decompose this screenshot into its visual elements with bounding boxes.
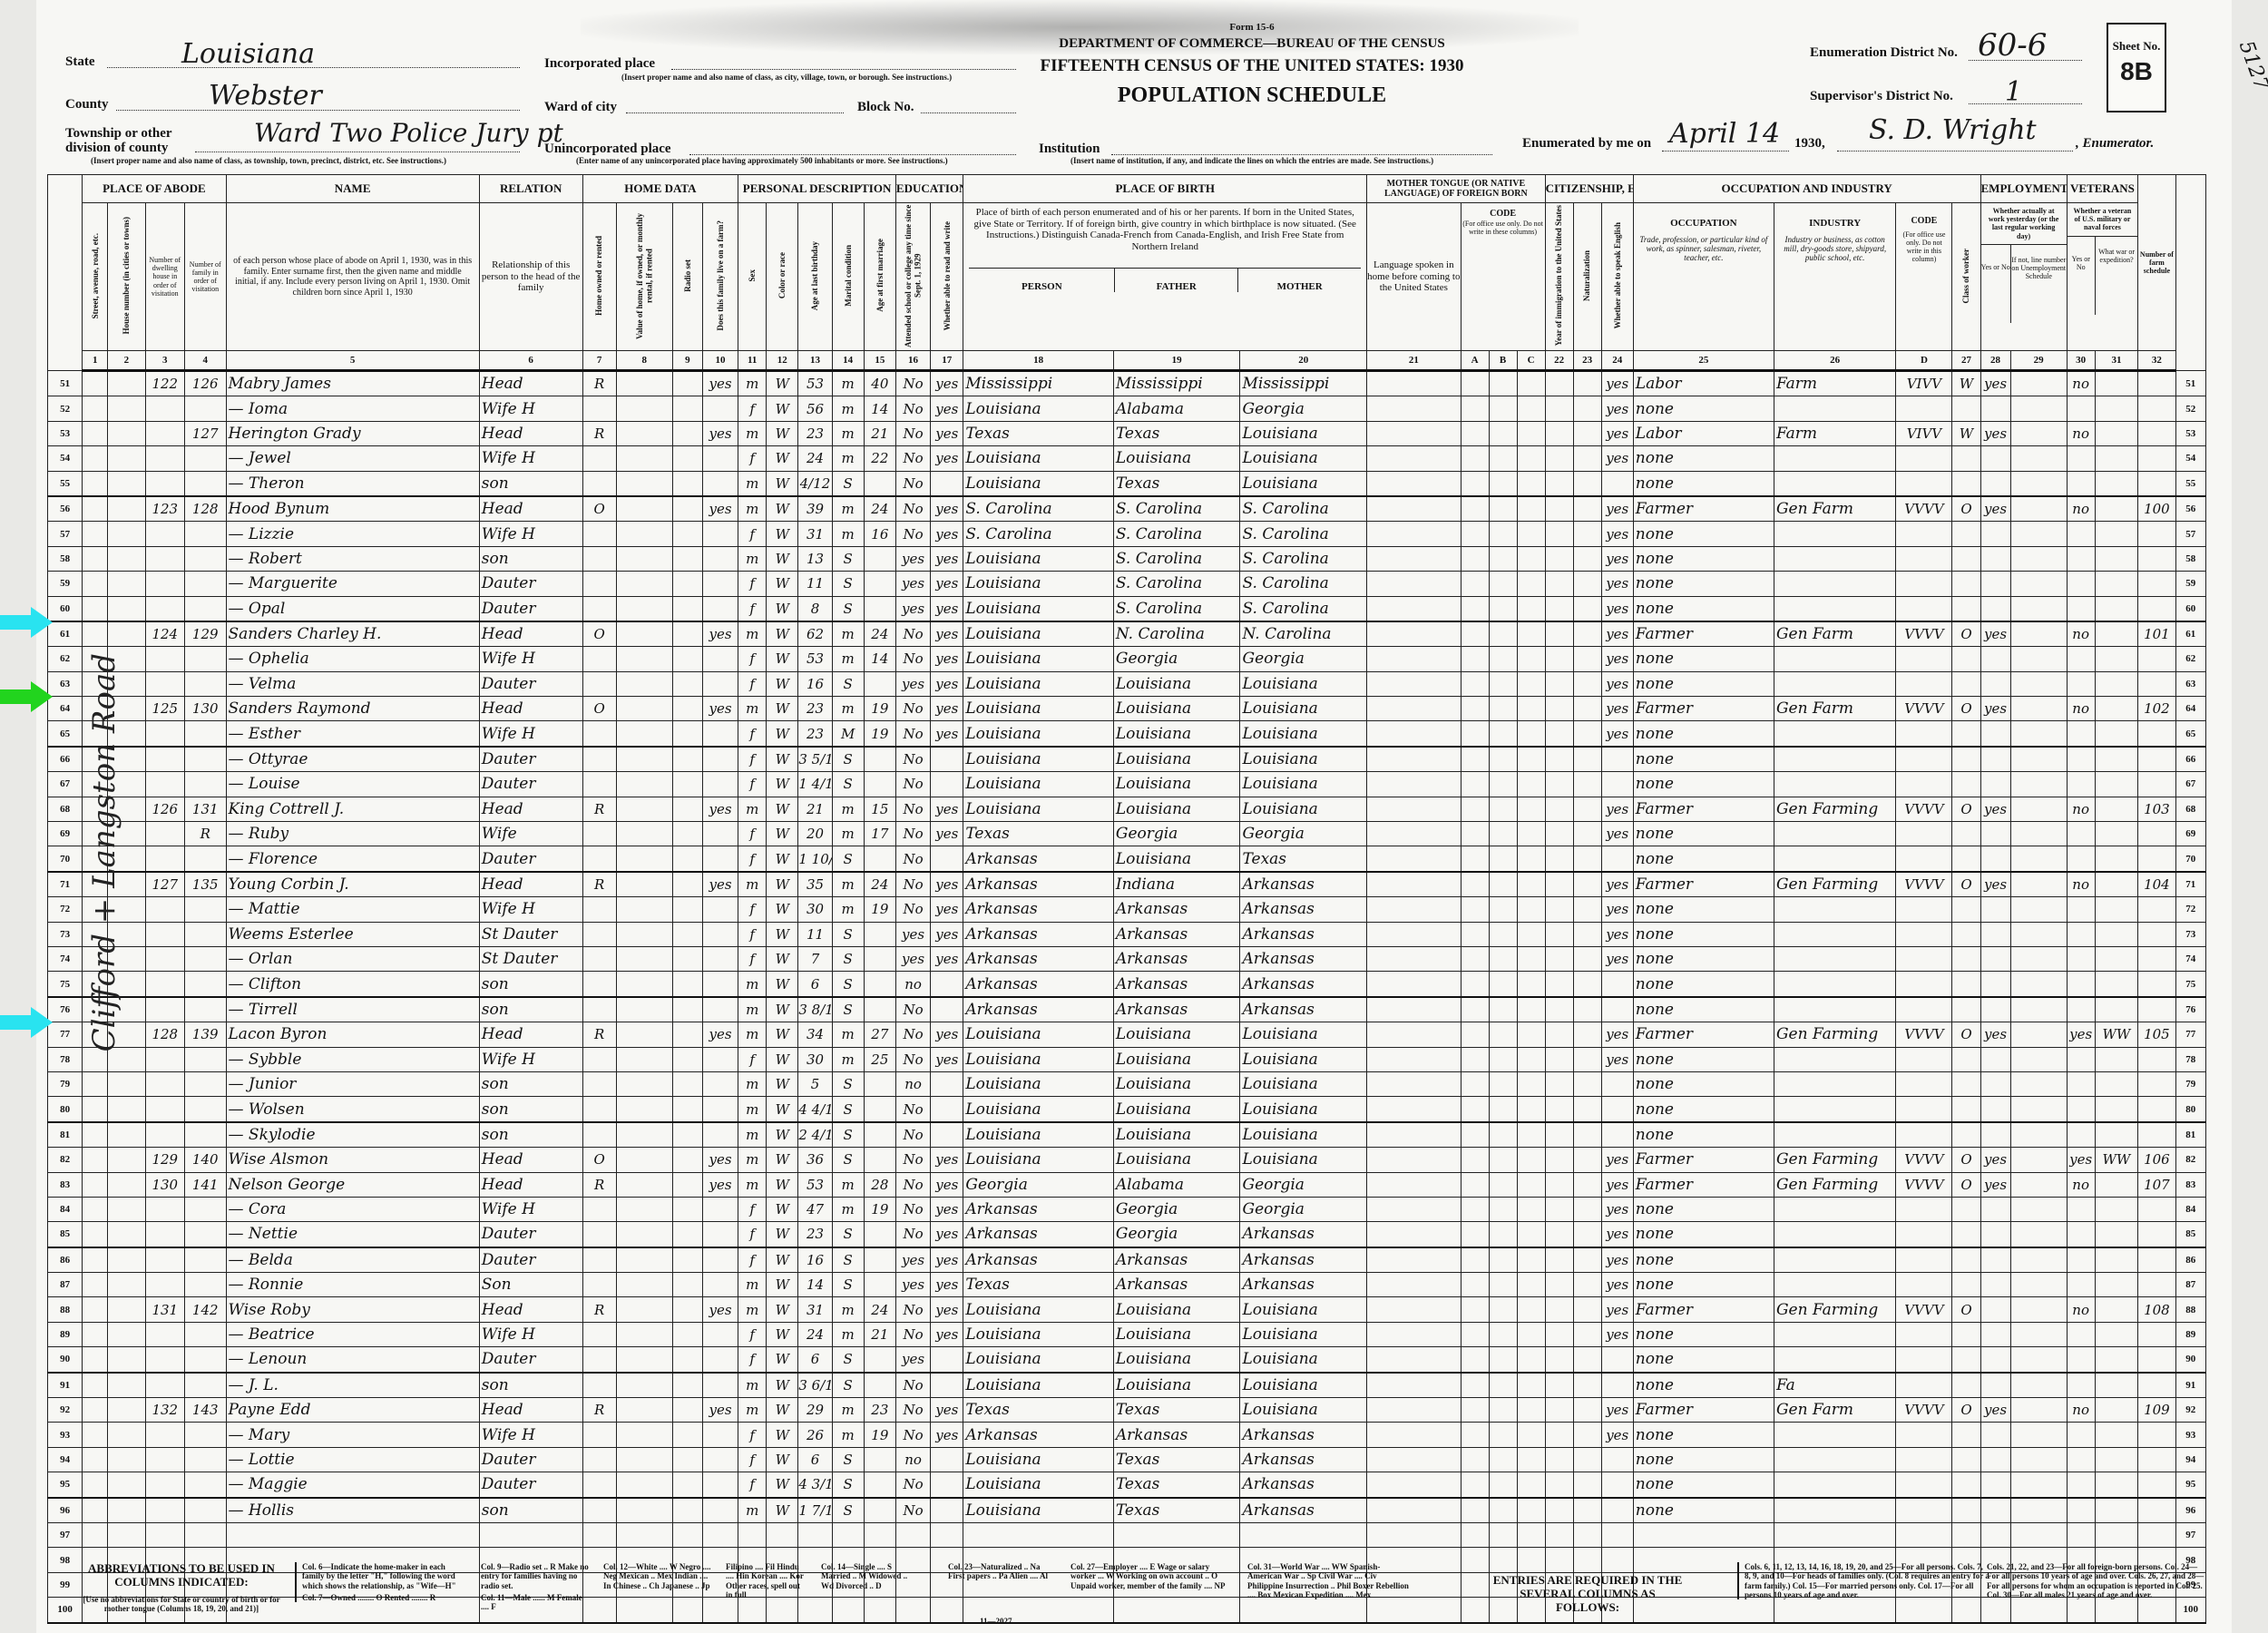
cell-read: yes bbox=[931, 671, 963, 696]
cell-natur bbox=[1573, 1297, 1601, 1322]
cell-immig bbox=[1545, 1398, 1573, 1423]
col-radio: Radio set bbox=[672, 203, 702, 351]
cell-A bbox=[1461, 1172, 1489, 1197]
cell-C bbox=[1517, 1347, 1545, 1373]
cell-school: No bbox=[895, 1373, 930, 1398]
cell-speak bbox=[1601, 1447, 1633, 1472]
cell-relation: Head bbox=[479, 1297, 582, 1322]
cell-family bbox=[184, 596, 226, 621]
line-number: 92 bbox=[48, 1398, 83, 1423]
cell-age: 8 bbox=[798, 596, 832, 621]
cell-speak: yes bbox=[1601, 797, 1633, 821]
cell-age-marr: 17 bbox=[864, 822, 895, 846]
cell-mother bbox=[1240, 1598, 1367, 1623]
cell-immig bbox=[1545, 1347, 1573, 1373]
cell-school: No bbox=[895, 522, 930, 546]
cell-mother: Texas bbox=[1240, 846, 1367, 872]
col-unemployment-line: If not, line number on Unemployment Sche… bbox=[2010, 245, 2067, 323]
cell-B bbox=[1489, 1222, 1517, 1247]
cell-school: yes bbox=[895, 671, 930, 696]
cell-house bbox=[108, 471, 145, 496]
cell-dwelling bbox=[145, 1472, 184, 1498]
cell-race: W bbox=[767, 772, 798, 797]
cell-cls: O bbox=[1952, 797, 1980, 821]
cell-age: 20 bbox=[798, 822, 832, 846]
cell-B bbox=[1489, 1472, 1517, 1498]
cell-unemp bbox=[2010, 572, 2067, 596]
cell-war bbox=[2095, 946, 2138, 971]
cell-race: W bbox=[767, 997, 798, 1022]
cell-speak: yes bbox=[1601, 1247, 1633, 1273]
cell-mother: Arkansas bbox=[1240, 1498, 1367, 1523]
cell-school bbox=[895, 1598, 930, 1623]
cell-lang bbox=[1367, 1373, 1461, 1398]
cell-age: 23 bbox=[798, 721, 832, 747]
cell-cls bbox=[1952, 1347, 1980, 1373]
cell-vet bbox=[2067, 1247, 2095, 1273]
cell-radio bbox=[672, 1172, 702, 1197]
cell-sex: f bbox=[738, 446, 767, 471]
cell-house bbox=[108, 1197, 145, 1221]
cell-relation: son bbox=[479, 1122, 582, 1148]
cell-natur bbox=[1573, 922, 1601, 946]
cell-name: — Tirrell bbox=[226, 997, 479, 1022]
cell-house bbox=[108, 1398, 145, 1423]
cell-radio bbox=[672, 1398, 702, 1423]
cell-emp bbox=[1980, 572, 2010, 596]
cell-dwelling bbox=[145, 471, 184, 496]
cell-B bbox=[1489, 1097, 1517, 1122]
col-speak-english: Whether able to speak English bbox=[1601, 203, 1633, 351]
cell-farm bbox=[702, 1522, 738, 1547]
cell-school: yes bbox=[895, 596, 930, 621]
table-row: 92132143Payne EddHeadRyesmW29m23NoyesTex… bbox=[48, 1398, 2206, 1423]
line-number-right: 72 bbox=[2175, 897, 2205, 922]
cell-natur bbox=[1573, 1347, 1601, 1373]
cell-relation: son bbox=[479, 972, 582, 997]
cell-vet bbox=[2067, 1322, 2095, 1346]
cell-value bbox=[616, 872, 672, 897]
cell-immig bbox=[1545, 1322, 1573, 1346]
cell-farm: yes bbox=[702, 621, 738, 647]
cell-age: 3 6/12 bbox=[798, 1373, 832, 1398]
cell-farm-sched bbox=[2138, 1447, 2175, 1472]
cell-race: W bbox=[767, 1022, 798, 1047]
cell-A bbox=[1461, 1522, 1489, 1547]
cell-farm-sched bbox=[2138, 1071, 2175, 1096]
cell-sex: f bbox=[738, 671, 767, 696]
col-birth-father: FATHER bbox=[1114, 269, 1237, 293]
cell-read: yes bbox=[931, 421, 963, 445]
cell-B bbox=[1489, 1071, 1517, 1096]
line-number: 96 bbox=[48, 1498, 83, 1523]
cell-age: 53 bbox=[798, 1172, 832, 1197]
cell-occupation: none bbox=[1633, 596, 1774, 621]
cell-A bbox=[1461, 972, 1489, 997]
cell-name: — Jewel bbox=[226, 446, 479, 471]
cell-war bbox=[2095, 697, 2138, 721]
cell-farm bbox=[702, 471, 738, 496]
cell-house bbox=[108, 371, 145, 396]
cell-C bbox=[1517, 1398, 1545, 1423]
cell-occupation: none bbox=[1633, 1347, 1774, 1373]
cell-age bbox=[798, 1522, 832, 1547]
cell-race: W bbox=[767, 1498, 798, 1523]
cell-natur bbox=[1573, 1097, 1601, 1122]
cell-house bbox=[108, 572, 145, 596]
cell-dwelling bbox=[145, 421, 184, 445]
cell-war bbox=[2095, 1122, 2138, 1148]
cell-street bbox=[83, 396, 108, 421]
cell-lang bbox=[1367, 546, 1461, 571]
cell-farm bbox=[702, 647, 738, 671]
table-row: 70— FlorenceDauterfW1 10/12SNoArkansasLo… bbox=[48, 846, 2206, 872]
cell-family bbox=[184, 1522, 226, 1547]
cell-school: No bbox=[895, 997, 930, 1022]
col27-note: Col. 27—Employer .... E Wage or salary w… bbox=[1070, 1562, 1234, 1590]
cell-natur bbox=[1573, 846, 1601, 872]
cell-relation: Dauter bbox=[479, 1247, 582, 1273]
cell-emp: yes bbox=[1980, 872, 2010, 897]
cell-family: 126 bbox=[184, 371, 226, 396]
cell-A bbox=[1461, 1247, 1489, 1273]
cell-farm-sched bbox=[2138, 1222, 2175, 1247]
cell-radio bbox=[672, 396, 702, 421]
cell-marital: m bbox=[832, 822, 864, 846]
col-family: Number of family in order of visitation bbox=[184, 203, 226, 351]
cell-age: 31 bbox=[798, 522, 832, 546]
cell-industry bbox=[1774, 946, 1895, 971]
cell-lang bbox=[1367, 671, 1461, 696]
cell-farm bbox=[702, 946, 738, 971]
township-note: (Insert proper name and also name of cla… bbox=[91, 156, 446, 165]
cell-mother: Arkansas bbox=[1240, 1423, 1367, 1447]
cell-name: Young Corbin J. bbox=[226, 872, 479, 897]
cell-name: — Ophelia bbox=[226, 647, 479, 671]
cell-A bbox=[1461, 1548, 1489, 1572]
cell-cls bbox=[1952, 396, 1980, 421]
cell-C bbox=[1517, 1022, 1545, 1047]
cell-dwelling: 128 bbox=[145, 1022, 184, 1047]
cell-mother: Georgia bbox=[1240, 1197, 1367, 1221]
cell-A bbox=[1461, 621, 1489, 647]
cell-mother: S. Carolina bbox=[1240, 522, 1367, 546]
birth-note: Place of birth of each person enumerated… bbox=[969, 207, 1361, 253]
cell-owned bbox=[582, 396, 616, 421]
township-label: Township or other division of county bbox=[65, 127, 201, 156]
cell-age-marr: 28 bbox=[864, 1172, 895, 1197]
cell-cls bbox=[1952, 1097, 1980, 1122]
cell-marital: S bbox=[832, 596, 864, 621]
cell-owned bbox=[582, 822, 616, 846]
cell-dwelling bbox=[145, 446, 184, 471]
col-class-worker: Class of worker bbox=[1952, 203, 1980, 351]
line-number-right: 71 bbox=[2175, 872, 2205, 897]
cell-immig bbox=[1545, 1022, 1573, 1047]
cell-cls bbox=[1952, 972, 1980, 997]
cell-read: yes bbox=[931, 496, 963, 522]
cell-race: W bbox=[767, 922, 798, 946]
cell-immig bbox=[1545, 1172, 1573, 1197]
cell-occupation: none bbox=[1633, 446, 1774, 471]
cell-vet: no bbox=[2067, 797, 2095, 821]
cell-value bbox=[616, 446, 672, 471]
cell-C bbox=[1517, 1172, 1545, 1197]
line-number: 67 bbox=[48, 772, 83, 797]
cell-sex: m bbox=[738, 697, 767, 721]
cell-radio bbox=[672, 897, 702, 922]
cell-code bbox=[1896, 1373, 1952, 1398]
col-age-label: Age at last birthday bbox=[810, 241, 819, 310]
cell-lang bbox=[1367, 721, 1461, 747]
cell-radio bbox=[672, 922, 702, 946]
column-number: 27 bbox=[1952, 351, 1980, 371]
table-row: 53127Herington GradyHeadRyesmW23m21Noyes… bbox=[48, 421, 2206, 445]
cell-mother: Louisiana bbox=[1240, 1373, 1367, 1398]
cell-owned bbox=[582, 1071, 616, 1096]
table-row: 62— OpheliaWife HfW53m14NoyesLouisianaGe… bbox=[48, 647, 2206, 671]
cell-industry bbox=[1774, 1247, 1895, 1273]
cell-vet: no bbox=[2067, 371, 2095, 396]
cell-unemp bbox=[2010, 1097, 2067, 1122]
cell-farm bbox=[702, 572, 738, 596]
cell-code bbox=[1896, 1322, 1952, 1346]
cell-B bbox=[1489, 697, 1517, 721]
cell-cls bbox=[1952, 1373, 1980, 1398]
cell-age: 16 bbox=[798, 1247, 832, 1273]
cell-cls bbox=[1952, 946, 1980, 971]
cell-farm-sched bbox=[2138, 946, 2175, 971]
cell-immig bbox=[1545, 647, 1573, 671]
cell-unemp bbox=[2010, 546, 2067, 571]
cell-mother: Louisiana bbox=[1240, 421, 1367, 445]
cell-C bbox=[1517, 647, 1545, 671]
cell-emp bbox=[1980, 1071, 2010, 1096]
cell-unemp bbox=[2010, 1247, 2067, 1273]
cell-name: — J. L. bbox=[226, 1373, 479, 1398]
cell-radio bbox=[672, 1148, 702, 1172]
line-number-right: 70 bbox=[2175, 846, 2205, 872]
cell-war bbox=[2095, 496, 2138, 522]
cell-dwelling bbox=[145, 897, 184, 922]
table-row: 52— IomaWife HfW56m14NoyesLouisianaAlaba… bbox=[48, 396, 2206, 421]
cell-name: Lacon Byron bbox=[226, 1022, 479, 1047]
cell-relation: Head bbox=[479, 872, 582, 897]
cell-race: W bbox=[767, 647, 798, 671]
cell-war bbox=[2095, 1447, 2138, 1472]
cell-speak bbox=[1601, 471, 1633, 496]
line-number: 55 bbox=[48, 471, 83, 496]
cell-value bbox=[616, 721, 672, 747]
cell-birth: Texas bbox=[963, 1273, 1113, 1297]
col9-text: Col. 9—Radio set .. R Make no entry for … bbox=[481, 1562, 590, 1590]
cell-relation: Dauter bbox=[479, 596, 582, 621]
cell-vet bbox=[2067, 846, 2095, 872]
cell-street bbox=[83, 496, 108, 522]
cell-unemp bbox=[2010, 446, 2067, 471]
ward-label: Ward of city bbox=[544, 100, 617, 115]
cell-birth bbox=[963, 1522, 1113, 1547]
cell-unemp bbox=[2010, 1373, 2067, 1398]
cell-age: 34 bbox=[798, 1022, 832, 1047]
cell-age: 56 bbox=[798, 396, 832, 421]
cell-name: Hood Bynum bbox=[226, 496, 479, 522]
sheet-label: Sheet No. bbox=[2108, 39, 2165, 54]
cell-war bbox=[2095, 1197, 2138, 1221]
cell-war bbox=[2095, 1047, 2138, 1071]
abbreviations-block: ABBREVIATIONS TO BE USED IN COLUMNS INDI… bbox=[73, 1562, 290, 1614]
cell-B bbox=[1489, 546, 1517, 571]
cell-emp: yes bbox=[1980, 1172, 2010, 1197]
cell-read: yes bbox=[931, 1322, 963, 1346]
enum-district-label: Enumeration District No. bbox=[1810, 45, 1958, 61]
cell-school: No bbox=[895, 1423, 930, 1447]
table-row: 83130141Nelson GeorgeHeadRyesmW53m28Noye… bbox=[48, 1172, 2206, 1197]
cell-mother: Louisiana bbox=[1240, 797, 1367, 821]
line-number: 71 bbox=[48, 872, 83, 897]
table-row: 54— JewelWife HfW24m22NoyesLouisianaLoui… bbox=[48, 446, 2206, 471]
cell-age: 6 bbox=[798, 972, 832, 997]
cell-value bbox=[616, 1047, 672, 1071]
cell-B bbox=[1489, 1548, 1517, 1572]
cell-A bbox=[1461, 1498, 1489, 1523]
cell-birth: Arkansas bbox=[963, 897, 1113, 922]
cell-cls: O bbox=[1952, 697, 1980, 721]
cell-sex: f bbox=[738, 846, 767, 872]
col-naturalization: Naturalization bbox=[1573, 203, 1601, 351]
cell-value bbox=[616, 371, 672, 396]
cell-farm-sched bbox=[2138, 572, 2175, 596]
cell-B bbox=[1489, 596, 1517, 621]
cell-family bbox=[184, 772, 226, 797]
cell-lang bbox=[1367, 396, 1461, 421]
cell-house bbox=[108, 1097, 145, 1122]
cell-mother: Arkansas bbox=[1240, 1222, 1367, 1247]
cell-race: W bbox=[767, 1148, 798, 1172]
cell-race: W bbox=[767, 1097, 798, 1122]
cell-street bbox=[83, 1122, 108, 1148]
cell-emp bbox=[1980, 846, 2010, 872]
cell-marital: S bbox=[832, 1273, 864, 1297]
cell-vet bbox=[2067, 1222, 2095, 1247]
cell-farm-sched bbox=[2138, 371, 2175, 396]
cell-war bbox=[2095, 721, 2138, 747]
cell-street bbox=[83, 1498, 108, 1523]
cell-father: S. Carolina bbox=[1113, 572, 1240, 596]
cell-unemp bbox=[2010, 421, 2067, 445]
col-employment: Whether actually at work yesterday (or t… bbox=[1980, 203, 2067, 351]
cell-farm-sched bbox=[2138, 522, 2175, 546]
cell-lang bbox=[1367, 1222, 1461, 1247]
cell-code: VVVV bbox=[1896, 1398, 1952, 1423]
cell-school: No bbox=[895, 897, 930, 922]
line-number-header bbox=[48, 175, 83, 371]
cell-owned: R bbox=[582, 1022, 616, 1047]
cell-C bbox=[1517, 421, 1545, 445]
cell-A bbox=[1461, 1222, 1489, 1247]
cell-mother: Georgia bbox=[1240, 396, 1367, 421]
cell-marital: S bbox=[832, 946, 864, 971]
cell-house bbox=[108, 446, 145, 471]
cell-natur bbox=[1573, 471, 1601, 496]
cell-marital: S bbox=[832, 1247, 864, 1273]
cell-street bbox=[83, 1398, 108, 1423]
cell-race: W bbox=[767, 872, 798, 897]
cell-lang bbox=[1367, 1398, 1461, 1423]
cell-immig bbox=[1545, 846, 1573, 872]
cell-unemp bbox=[2010, 1172, 2067, 1197]
supervisor-line bbox=[1969, 103, 2082, 104]
cell-natur bbox=[1573, 1071, 1601, 1096]
cell-cls: O bbox=[1952, 1022, 1980, 1047]
cell-radio bbox=[672, 972, 702, 997]
cell-school: yes bbox=[895, 572, 930, 596]
cell-name bbox=[226, 1522, 479, 1547]
cell-owned bbox=[582, 471, 616, 496]
cell-emp: yes bbox=[1980, 496, 2010, 522]
cell-family bbox=[184, 1122, 226, 1148]
cell-farm: yes bbox=[702, 872, 738, 897]
cell-race: W bbox=[767, 1347, 798, 1373]
group-occupation: OCCUPATION AND INDUSTRY bbox=[1633, 175, 1980, 203]
cell-school: no bbox=[895, 972, 930, 997]
cell-immig bbox=[1545, 1522, 1573, 1547]
cell-B bbox=[1489, 1398, 1517, 1423]
cell-occupation: none bbox=[1633, 671, 1774, 696]
cell-B bbox=[1489, 1447, 1517, 1472]
cell-relation: Head bbox=[479, 1022, 582, 1047]
cell-dwelling: 127 bbox=[145, 872, 184, 897]
cell-family bbox=[184, 546, 226, 571]
col-code-d: CODE (For office use only. Do not write … bbox=[1896, 203, 1952, 351]
cell-immig bbox=[1545, 1071, 1573, 1096]
table-row: 56123128Hood BynumHeadOyesmW39m24NoyesS.… bbox=[48, 496, 2206, 522]
cell-mother: Louisiana bbox=[1240, 697, 1367, 721]
cell-industry bbox=[1774, 1122, 1895, 1148]
line-number-right: 63 bbox=[2175, 671, 2205, 696]
cell-birth: Louisiana bbox=[963, 1097, 1113, 1122]
cell-father: Louisiana bbox=[1113, 697, 1240, 721]
cell-vet bbox=[2067, 1598, 2095, 1623]
line-number-right: 96 bbox=[2175, 1498, 2205, 1523]
cell-age-marr bbox=[864, 772, 895, 797]
col-veteran: Yes or No bbox=[2068, 237, 2095, 315]
cell-age bbox=[798, 1598, 832, 1623]
cell-age: 30 bbox=[798, 897, 832, 922]
line-number: 65 bbox=[48, 721, 83, 747]
line-number-right: 91 bbox=[2175, 1373, 2205, 1398]
cell-farm-sched bbox=[2138, 446, 2175, 471]
col-naturalization-label: Naturalization bbox=[1582, 250, 1591, 301]
cell-owned bbox=[582, 572, 616, 596]
cell-war bbox=[2095, 1071, 2138, 1096]
cell-industry bbox=[1774, 747, 1895, 772]
cell-radio bbox=[672, 1447, 702, 1472]
cell-sex: f bbox=[738, 1247, 767, 1273]
cell-A bbox=[1461, 1047, 1489, 1071]
cell-speak: yes bbox=[1601, 522, 1633, 546]
cell-immig bbox=[1545, 1273, 1573, 1297]
cell-A bbox=[1461, 997, 1489, 1022]
cell-farm bbox=[702, 972, 738, 997]
group-education: EDUCATION bbox=[895, 175, 963, 203]
cell-radio bbox=[672, 872, 702, 897]
cell-value bbox=[616, 572, 672, 596]
cell-occupation: Farmer bbox=[1633, 1398, 1774, 1423]
cell-industry bbox=[1774, 1447, 1895, 1472]
cell-father: Texas bbox=[1113, 1398, 1240, 1423]
cell-natur bbox=[1573, 797, 1601, 821]
